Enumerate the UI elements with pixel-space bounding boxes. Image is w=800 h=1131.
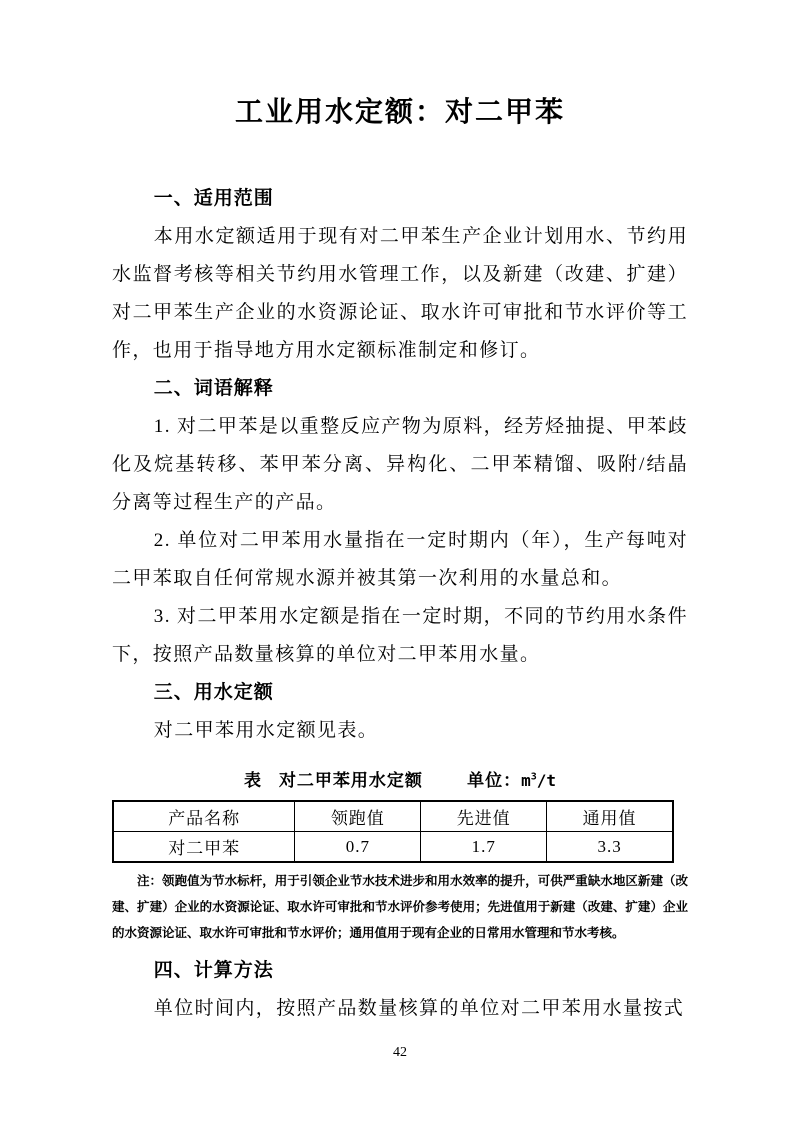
unit-suffix: /t — [537, 771, 556, 790]
table-caption-title: 对二甲苯用水定额 — [279, 771, 423, 790]
table-caption: 表对二甲苯用水定额单位：m3/t — [112, 762, 688, 800]
cell-general-value: 3.3 — [547, 832, 673, 863]
page-number: 42 — [0, 1045, 800, 1061]
calculation-paragraph: 单位时间内，按照产品数量核算的单位对二甲苯用水量按式 — [112, 990, 688, 1028]
table-row: 对二甲苯 0.7 1.7 3.3 — [113, 832, 673, 863]
header-advanced-value: 先进值 — [421, 801, 547, 832]
unit-m: m — [521, 771, 531, 790]
table-unit-prefix: 单位： — [467, 771, 521, 790]
document-title: 工业用水定额：对二甲苯 — [112, 0, 688, 134]
section-heading-scope: 一、适用范围 — [112, 180, 688, 218]
section-heading-quota: 三、用水定额 — [112, 674, 688, 712]
quota-table: 产品名称 领跑值 先进值 通用值 对二甲苯 0.7 1.7 3.3 — [112, 800, 674, 863]
term-definition-3: 3. 对二甲苯用水定额是指在一定时期，不同的节约用水条件下，按照产品数量核算的单… — [112, 598, 688, 674]
term-definition-2: 2. 单位对二甲苯用水量指在一定时期内（年），生产每吨对二甲苯取自任何常规水源并… — [112, 522, 688, 598]
section-heading-calculation: 四、计算方法 — [112, 952, 688, 990]
scope-paragraph: 本用水定额适用于现有对二甲苯生产企业计划用水、节约用水监督考核等相关节约用水管理… — [112, 218, 688, 370]
quota-intro-paragraph: 对二甲苯用水定额见表。 — [112, 712, 688, 750]
cell-product-name: 对二甲苯 — [113, 832, 295, 863]
section-heading-terms: 二、词语解释 — [112, 370, 688, 408]
table-caption-label: 表 — [244, 771, 262, 790]
table-header-row: 产品名称 领跑值 先进值 通用值 — [113, 801, 673, 832]
cell-advanced-value: 1.7 — [421, 832, 547, 863]
document-page: 工业用水定额：对二甲苯 一、适用范围 本用水定额适用于现有对二甲苯生产企业计划用… — [0, 0, 800, 1131]
header-general-value: 通用值 — [547, 801, 673, 832]
table-unit: 单位：m3/t — [467, 771, 556, 790]
table-unit-value: m3/t — [521, 771, 556, 790]
header-product-name: 产品名称 — [113, 801, 295, 832]
cell-leading-value: 0.7 — [295, 832, 421, 863]
header-leading-value: 领跑值 — [295, 801, 421, 832]
table-note: 注：领跑值为节水标杆，用于引领企业节水技术进步和用水效率的提升，可供严重缺水地区… — [112, 868, 688, 946]
term-definition-1: 1. 对二甲苯是以重整反应产物为原料，经芳烃抽提、甲苯歧化及烷基转移、苯甲苯分离… — [112, 408, 688, 522]
